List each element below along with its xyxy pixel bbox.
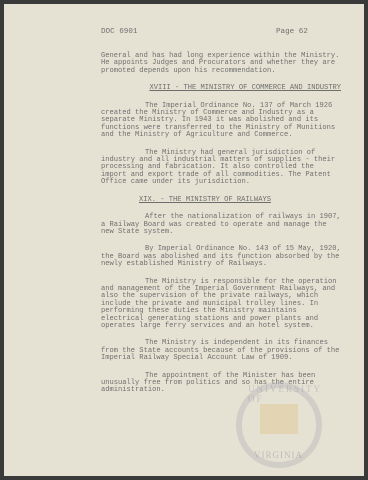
document-page: DOC 6901 Page 62 General and has had lon… <box>4 4 364 476</box>
paragraph: After the nationalization of railways in… <box>101 214 341 236</box>
document-body: General and has had long experience with… <box>101 53 341 405</box>
page-number: Page 62 <box>276 28 308 36</box>
paragraph: The Ministry had general jurisdiction of… <box>101 150 341 187</box>
paragraph: By Imperial Ordinance No. 143 of 15 May,… <box>101 246 341 268</box>
section-heading-commerce: XVIII - THE MINISTRY OF COMMERCE AND IND… <box>101 85 341 92</box>
section-heading-railways: XIX. - THE MINISTRY OF RAILWAYS <box>101 197 341 204</box>
document-id: DOC 6901 <box>101 28 137 36</box>
rotunda-icon <box>260 404 298 434</box>
paragraph: The Ministry is responsible for the oper… <box>101 279 341 331</box>
seal-text-bottom: VIRGINIA <box>254 450 303 460</box>
university-seal-watermark: UNIVERSITY OF VIRGINIA <box>236 382 322 468</box>
paragraph: The Imperial Ordinance No. 137 of March … <box>101 103 341 140</box>
paragraph-continuation: General and has had long experience with… <box>101 53 341 75</box>
seal-text-top: UNIVERSITY OF <box>248 384 322 404</box>
paragraph: The Ministry is independent in its finan… <box>101 340 341 362</box>
